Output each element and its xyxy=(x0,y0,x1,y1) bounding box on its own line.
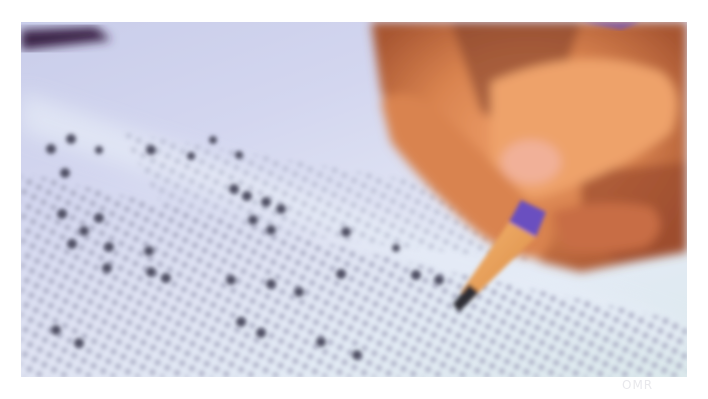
dark-strip xyxy=(21,27,111,50)
watermark: OMR xyxy=(622,378,692,396)
photo-illustration xyxy=(21,22,687,377)
omr-sheet-photo xyxy=(21,22,687,377)
